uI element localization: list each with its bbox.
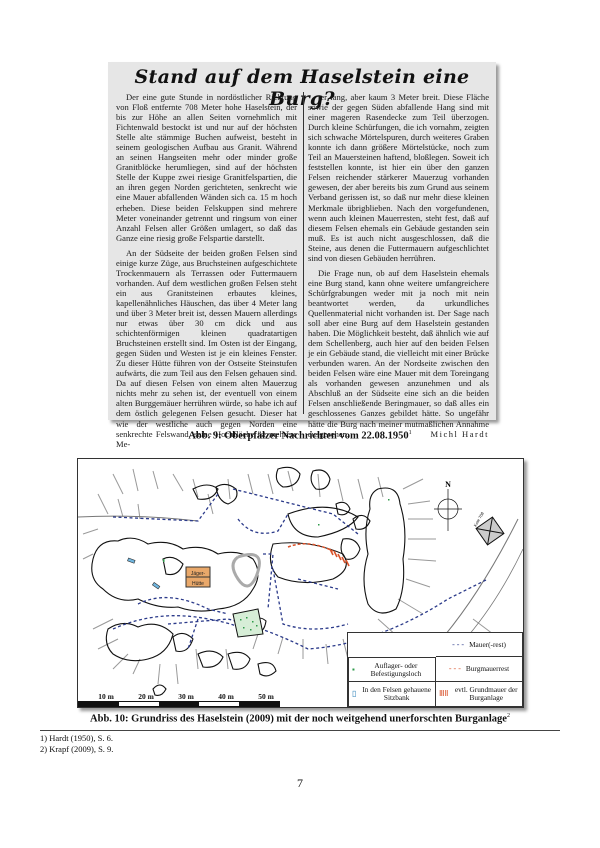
north-label: N — [445, 480, 451, 489]
map-legend: - - - Mauer(-rest) ▪ Auflager- oder Befe… — [347, 632, 523, 707]
legend-anchor-hole: ▪ Auflager- oder Befestigungsloch — [348, 657, 436, 682]
footnote: 2) Krapf (2009), S. 9. — [40, 744, 113, 755]
clipping-right-column: ter lang, aber kaum 3 Meter breit. Diese… — [308, 92, 489, 439]
legend-rock-bench: ▯ In den Felsen gehauene Sitzbank — [348, 682, 436, 707]
wall-remains — [113, 489, 488, 649]
terrace-area — [233, 609, 263, 637]
clipping-paragraph: ter lang, aber kaum 3 Meter breit. Diese… — [308, 92, 489, 263]
figure-10-caption: Abb. 10: Grundriss des Haselstein (2009)… — [0, 713, 600, 725]
scale-bar: 10 m 20 m 30 m 40 m 50 m — [78, 691, 283, 707]
legend-foundation: ⅢⅡ evtl. Grundmauer der Burganlage — [436, 682, 523, 707]
footnotes: 1) Hardt (1950), S. 6. 2) Krapf (2009), … — [40, 733, 113, 755]
newspaper-clipping: Stand auf dem Haselstein eine Burg? Der … — [108, 62, 496, 420]
footnote: 1) Hardt (1950), S. 6. — [40, 733, 113, 744]
legend-castle-wall-rest: - - - Burgmauerrest — [436, 657, 523, 682]
clipping-paragraph: Der eine gute Stunde in nordöstlicher Ri… — [116, 92, 297, 243]
footnote-ref: 1 — [409, 430, 412, 436]
rock-bench — [127, 558, 135, 563]
column-divider — [303, 92, 304, 414]
hut-label: Hütte — [192, 581, 204, 587]
page-number: 7 — [0, 776, 600, 791]
clipping-paragraph: An der Südseite der beiden großen Felsen… — [116, 248, 297, 449]
legend-wall: - - - Mauer(-rest) — [436, 633, 523, 657]
site-plan: Jäger- Hütte N Kote 708 10 m 20 m 30 m 4… — [77, 458, 524, 708]
hut-label: Jäger- — [191, 571, 206, 577]
rock-bench — [152, 582, 159, 588]
figure-9-caption: Abb. 9: Oberpfälzer Nachrichten vom 22.0… — [0, 430, 600, 442]
footnote-ref: 2 — [507, 713, 510, 719]
footnote-divider — [40, 730, 560, 731]
clipping-paragraph: Die Frage nun, ob auf dem Haselstein ehe… — [308, 268, 489, 439]
clipping-left-column: Der eine gute Stunde in nordöstlicher Ri… — [116, 92, 297, 449]
compass-rose — [434, 489, 462, 531]
